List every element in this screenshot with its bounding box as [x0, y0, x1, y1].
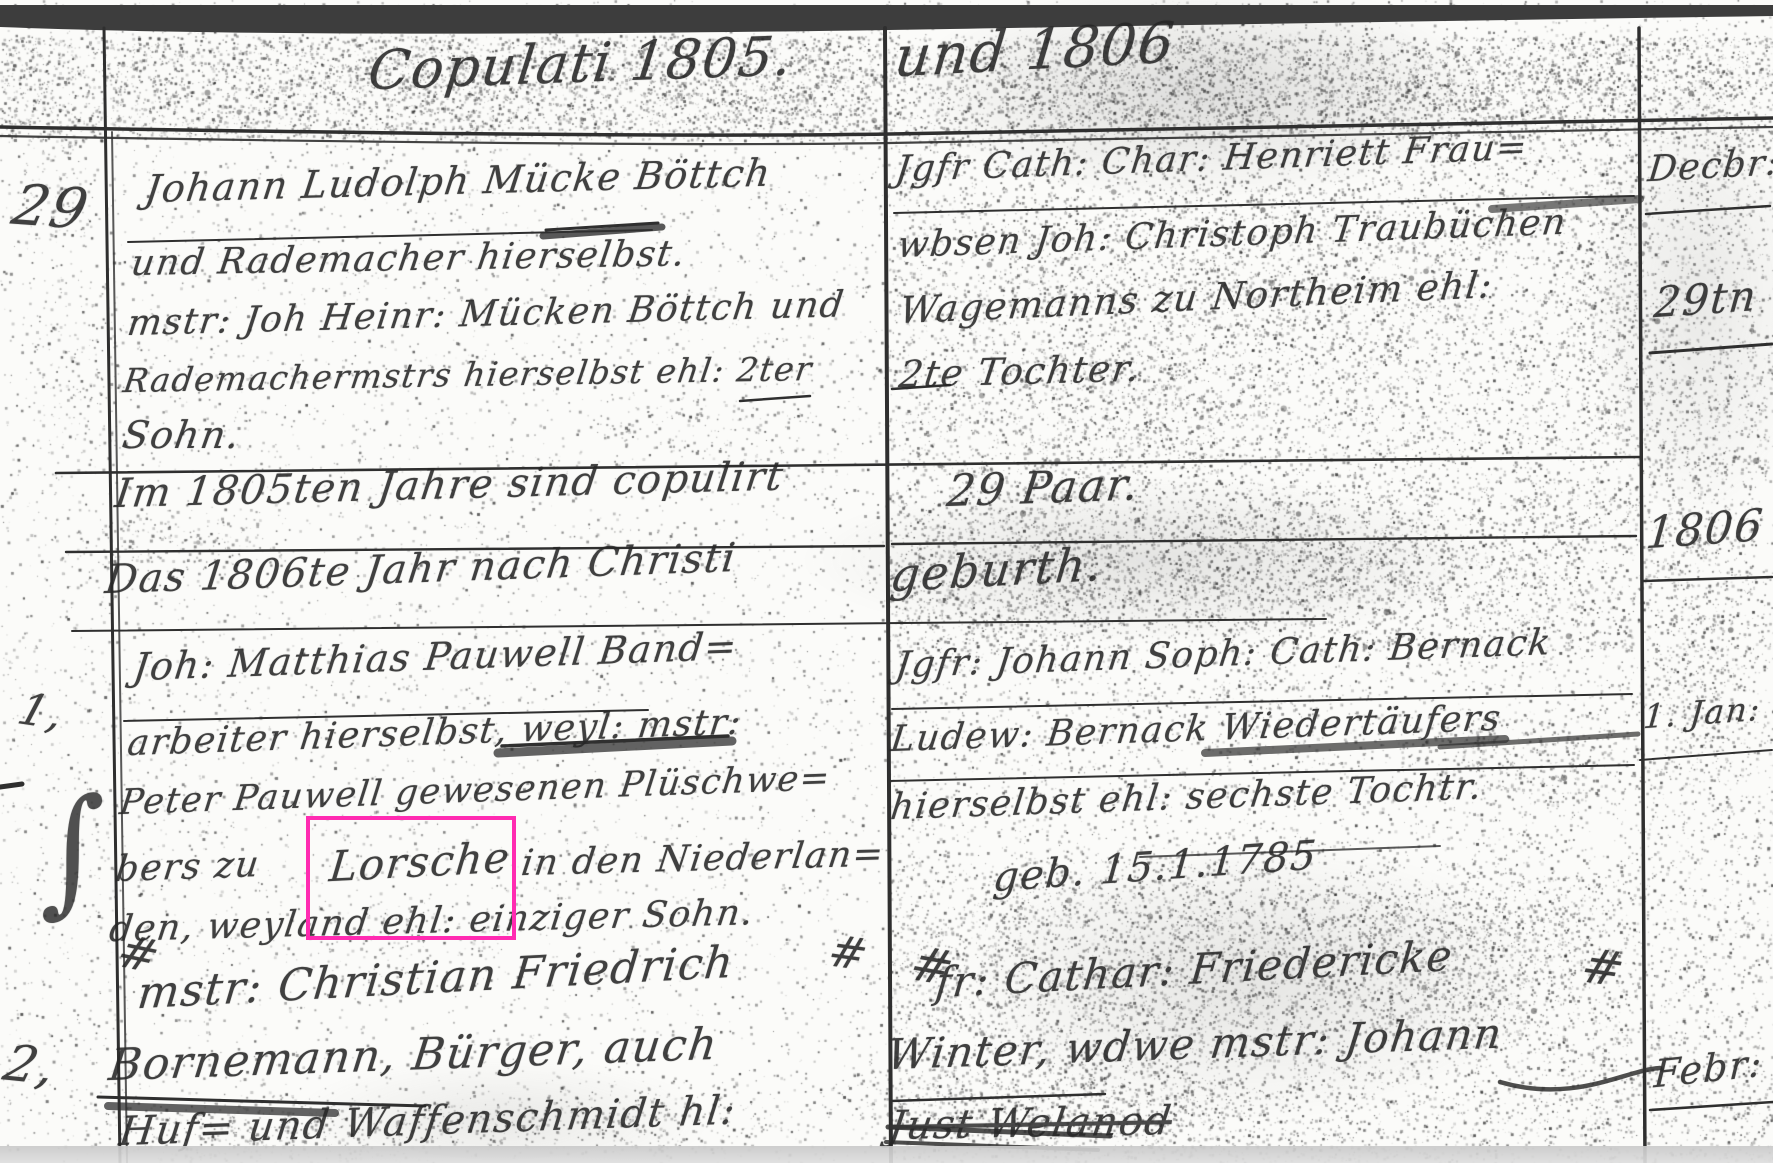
scan-bottom-edge	[0, 1146, 1773, 1163]
register-scan-page: Copulati 1805. und 1806 29 1, ∫ 2, Decbr…	[0, 0, 1773, 1163]
margin-day-29: 29tn	[1652, 275, 1759, 325]
year-note-line1-right: 29 Paar.	[945, 463, 1143, 514]
margin-month-february: Febr:	[1653, 1044, 1764, 1094]
margin-date-jan1: 1. Jan:	[1642, 692, 1762, 733]
entry29-groom-line: und Rademacher hierselbst.	[129, 236, 688, 282]
register-title-1806: und 1806	[892, 15, 1178, 86]
margin-month-december: Decbr:	[1646, 145, 1773, 188]
entry29-number: 29	[7, 178, 94, 238]
margin-year-1806: 1806	[1644, 504, 1766, 557]
entry29-bride-line: 2te Tochter.	[897, 350, 1143, 393]
entry2-bride-line-struck: Just Welanod	[886, 1101, 1174, 1146]
register-title-1805: Copulati 1805.	[365, 29, 796, 98]
entry1-groom-line4-after: in den Niederlan=	[519, 837, 886, 883]
year-note-line2-right: geburth.	[888, 541, 1105, 598]
highlight-box	[306, 816, 516, 940]
margin-flourish: ∫	[38, 778, 108, 922]
entry29-groom-line: Sohn.	[120, 416, 243, 454]
entry1-groom-line4-before: bers zu	[114, 847, 262, 888]
